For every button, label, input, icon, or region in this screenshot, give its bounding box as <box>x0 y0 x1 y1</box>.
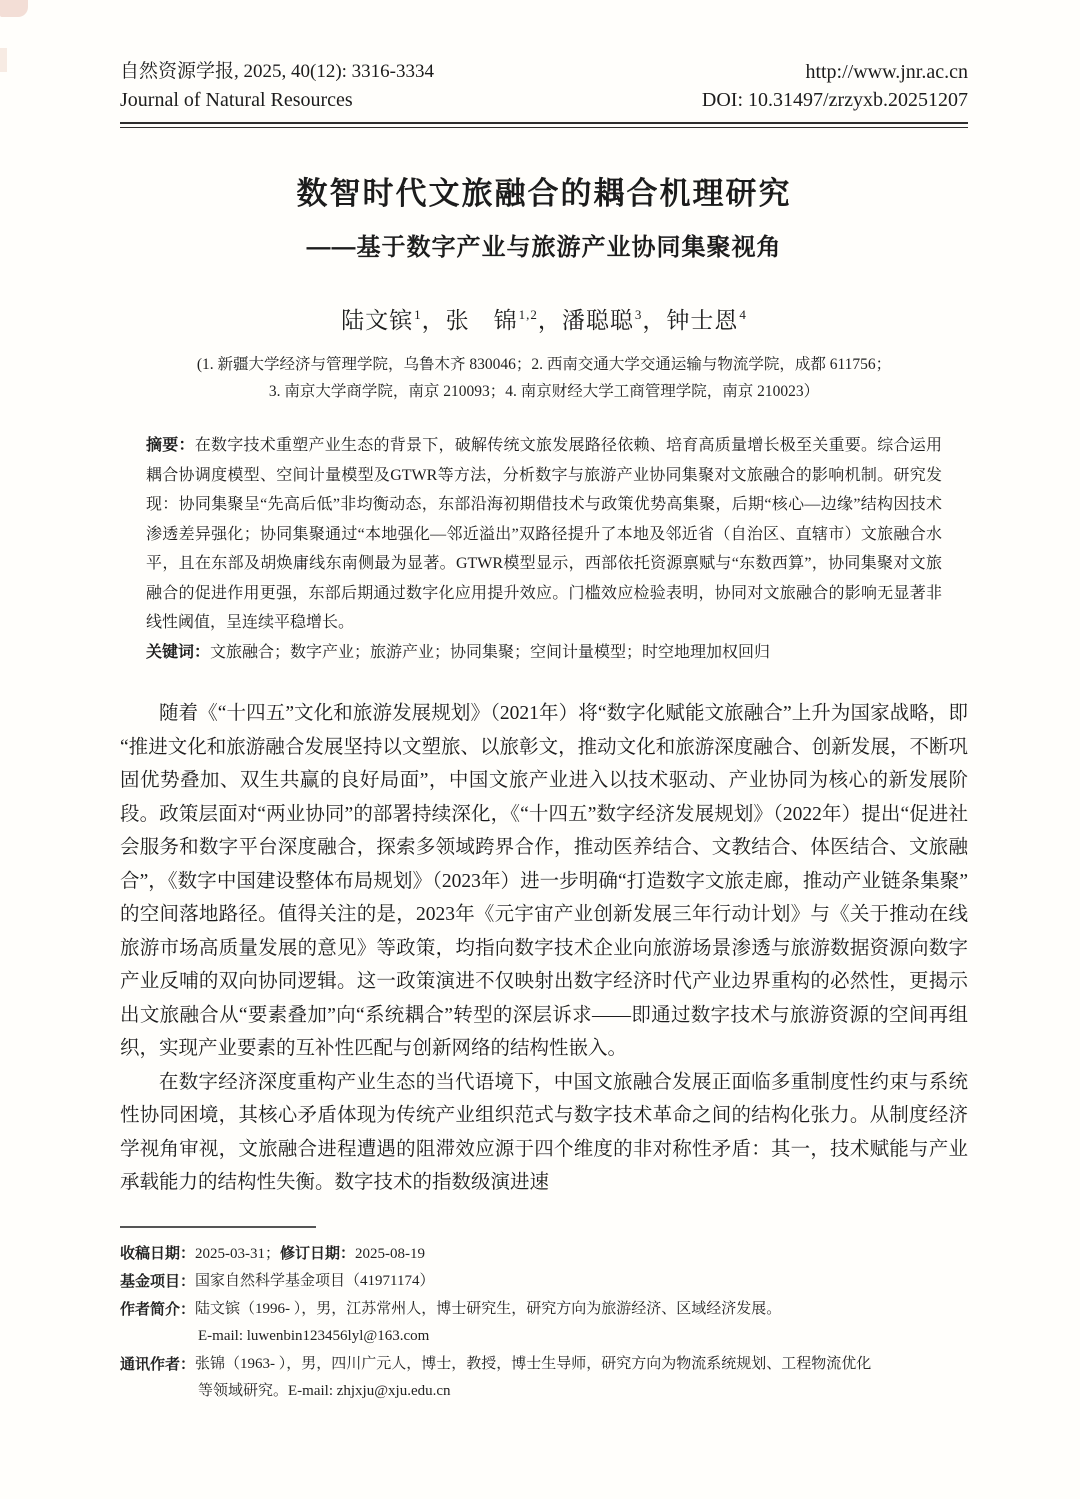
journal-url: http://www.jnr.ac.cn <box>702 58 968 86</box>
affiliations: (1. 新疆大学经济与管理学院，乌鲁木齐 830046；2. 西南交通大学交通运… <box>120 351 968 405</box>
author-separator: ， <box>422 308 446 333</box>
footnote-funding: 基金项目： 国家自然科学基金项目（41971174） <box>120 1268 968 1296</box>
funding-label: 基金项目： <box>120 1268 195 1296</box>
journal-doi: DOI: 10.31497/zrzyxb.20251207 <box>702 86 968 114</box>
header-divider <box>120 122 968 128</box>
keywords-label: 关键词： <box>146 644 210 661</box>
revised-date-label: 修订日期： <box>280 1245 355 1262</box>
corresponding-label: 通讯作者： <box>120 1351 195 1379</box>
author-bio-email: E-mail: luwenbin123456lyl@163.com <box>198 1323 968 1351</box>
keywords: 关键词：文旅融合；数字产业；旅游产业；协同集聚；空间计量模型；时空地理加权回归 <box>146 638 942 668</box>
keywords-text: 文旅融合；数字产业；旅游产业；协同集聚；空间计量模型；时空地理加权回归 <box>210 644 770 661</box>
article-subtitle: ——基于数字产业与旅游产业协同集聚视角 <box>120 227 968 262</box>
scan-artifact <box>0 0 28 17</box>
received-date-label: 收稿日期： <box>120 1240 195 1269</box>
author-separator: ， <box>642 308 666 333</box>
author-superscript: 1,2 <box>519 307 538 322</box>
affiliation-line: (1. 新疆大学经济与管理学院，乌鲁木齐 830046；2. 西南交通大学交通运… <box>120 351 968 378</box>
masthead-right: http://www.jnr.ac.cn DOI: 10.31497/zrzyx… <box>702 58 968 114</box>
author-superscript: 4 <box>739 307 747 322</box>
journal-citation-cn: 自然资源学报, 2025, 40(12): 3316-3334 <box>120 58 434 86</box>
author-superscript: 1 <box>414 307 422 322</box>
masthead-left: 自然资源学报, 2025, 40(12): 3316-3334 Journal … <box>120 58 434 114</box>
author: 钟士恩4 <box>666 308 747 333</box>
author: 张 锦1,2 <box>446 308 538 333</box>
footnote-author-bio: 作者简介： 陆文镔（1996- ），男，江苏常州人，博士研究生，研究方向为旅游经… <box>120 1296 968 1324</box>
body-paragraph: 随着《“十四五”文化和旅游发展规划》（2021年）将“数字化赋能文旅融合”上升为… <box>120 697 968 1066</box>
author: 潘聪聪3 <box>562 308 643 333</box>
author-bio-value: 陆文镔（1996- ），男，江苏常州人，博士研究生，研究方向为旅游经济、区域经济… <box>195 1296 968 1324</box>
funding-value: 国家自然科学基金项目（41971174） <box>195 1268 968 1296</box>
abstract: 摘要：在数字技术重塑产业生态的背景下，破解传统文旅发展路径依赖、培育高质量增长极… <box>146 431 942 638</box>
abstract-text: 在数字技术重塑产业生态的背景下，破解传统文旅发展路径依赖、培育高质量增长极至关重… <box>146 437 942 631</box>
journal-name-en: Journal of Natural Resources <box>120 86 434 114</box>
author-bio-label: 作者简介： <box>120 1296 195 1324</box>
affiliation-line: 3. 南京大学商学院，南京 210093；4. 南京财经大学工商管理学院，南京 … <box>120 378 968 405</box>
corresponding-continued: 等领域研究。E-mail: zhjxju@xju.edu.cn <box>198 1378 968 1406</box>
revised-date-value: 2025-08-19 <box>355 1246 425 1262</box>
article-title: 数智时代文旅融合的耦合机理研究 <box>120 168 968 213</box>
received-date-value: 2025-03-31；修订日期：2025-08-19 <box>195 1240 968 1269</box>
author-separator: ， <box>538 308 562 333</box>
corresponding-value: 张锦（1963- ），男，四川广元人，博士，教授，博士生导师，研究方向为物流系统… <box>195 1351 968 1379</box>
footnotes: 收稿日期： 2025-03-31；修订日期：2025-08-19 基金项目： 国… <box>120 1240 968 1406</box>
body-paragraph: 在数字经济深度重构产业生态的当代语境下，中国文旅融合发展正面临多重制度性约束与系… <box>120 1066 968 1200</box>
footnote-corresponding: 通讯作者： 张锦（1963- ），男，四川广元人，博士，教授，博士生导师，研究方… <box>120 1351 968 1379</box>
footnote-dates: 收稿日期： 2025-03-31；修订日期：2025-08-19 <box>120 1240 968 1269</box>
author: 陆文镔1 <box>341 308 422 333</box>
scan-artifact <box>0 48 7 72</box>
article-body: 随着《“十四五”文化和旅游发展规划》（2021年）将“数字化赋能文旅融合”上升为… <box>120 697 968 1200</box>
author-line: 陆文镔1，张 锦1,2，潘聪聪3，钟士恩4 <box>120 302 968 335</box>
masthead: 自然资源学报, 2025, 40(12): 3316-3334 Journal … <box>120 58 968 114</box>
abstract-label: 摘要： <box>146 437 195 454</box>
journal-page: 自然资源学报, 2025, 40(12): 3316-3334 Journal … <box>0 0 1080 1499</box>
footnote-divider <box>120 1226 316 1228</box>
